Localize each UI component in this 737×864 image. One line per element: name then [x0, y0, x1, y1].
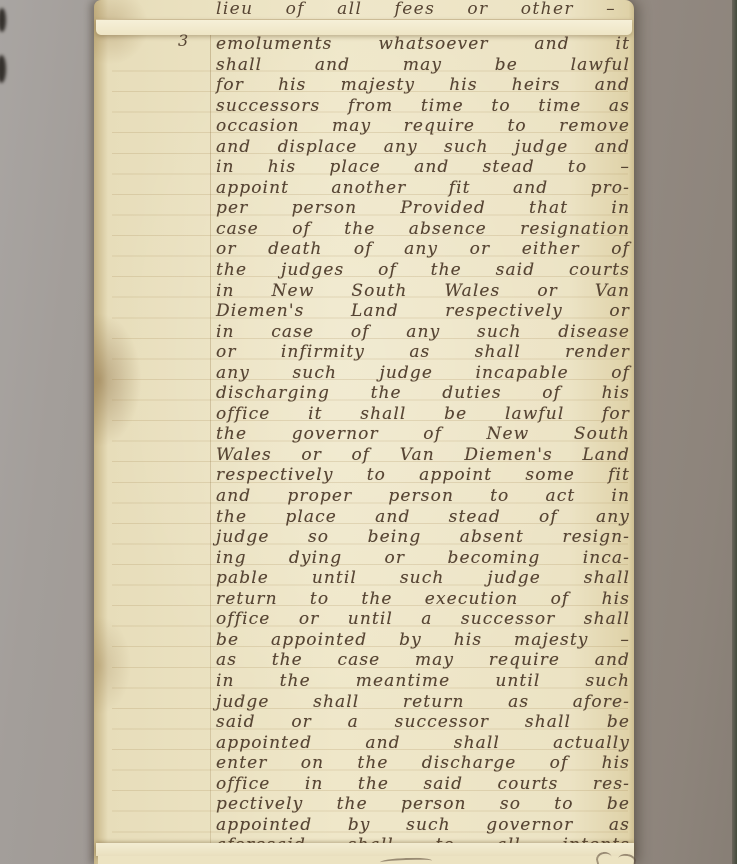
- manuscript-line: judge shall return as afore-: [216, 692, 630, 713]
- manuscript-line: Diemen's Land respectively or: [216, 301, 630, 322]
- fold-crease-bottom: [96, 843, 634, 856]
- manuscript-line: office or until a successor shall: [216, 609, 630, 630]
- manuscript-line: appointed by such governor as: [216, 815, 630, 836]
- next-fold-strip: [98, 856, 634, 864]
- manuscript-line: in New South Wales or Van: [216, 281, 630, 302]
- manuscript-body: emoluments whatsoever and it shall and m…: [216, 34, 630, 856]
- manuscript-line: per person Provided that in: [216, 198, 630, 219]
- manuscript-line: return to the execution of his: [216, 589, 630, 610]
- manuscript-line: pable until such judge shall: [216, 568, 630, 589]
- manuscript-line: office it shall be lawful for: [216, 404, 630, 425]
- margin-crease-line: [210, 20, 211, 864]
- manuscript-line: as the case may require and: [216, 650, 630, 671]
- manuscript-line: discharging the duties of his: [216, 383, 630, 404]
- manuscript-line: shall and may be lawful: [216, 55, 630, 76]
- photo-edge-blemish: [0, 8, 6, 32]
- manuscript-line: said or a successor shall be: [216, 712, 630, 733]
- photo-edge-strip: [732, 0, 737, 864]
- manuscript-line: for his majesty his heirs and: [216, 75, 630, 96]
- manuscript-line: successors from time to time as: [216, 96, 630, 117]
- manuscript-line: the place and stead of any: [216, 507, 630, 528]
- manuscript-line: be appointed by his majesty –: [216, 630, 630, 651]
- manuscript-line: and proper person to act in: [216, 486, 630, 507]
- manuscript-line: emoluments whatsoever and it: [216, 34, 630, 55]
- manuscript-line: or infirmity as shall render: [216, 342, 630, 363]
- manuscript-line: occasion may require to remove: [216, 116, 630, 137]
- manuscript-line: judge so being absent resign-: [216, 527, 630, 548]
- manuscript-line: the judges of the said courts: [216, 260, 630, 281]
- manuscript-line: appointed and shall actually: [216, 733, 630, 754]
- manuscript-line: any such judge incapable of: [216, 363, 630, 384]
- manuscript-line: in case of any such disease: [216, 322, 630, 343]
- manuscript-photo: lieu of all fees or other – 3 emoluments…: [0, 0, 737, 864]
- manuscript-line: case of the absence resignation: [216, 219, 630, 240]
- fold-crease-top: [96, 19, 632, 35]
- manuscript-line: office in the said courts res-: [216, 774, 630, 795]
- manuscript-line: Wales or of Van Diemen's Land: [216, 445, 630, 466]
- manuscript-line: appoint another fit and pro-: [216, 178, 630, 199]
- manuscript-line: enter on the discharge of his: [216, 753, 630, 774]
- manuscript-line: or death of any or either of: [216, 239, 630, 260]
- photo-edge-blemish: [0, 55, 6, 83]
- manuscript-line: the governor of New South: [216, 424, 630, 445]
- manuscript-line: ing dying or becoming inca-: [216, 548, 630, 569]
- manuscript-line: and displace any such judge and: [216, 137, 630, 158]
- manuscript-line: in the meantime until such: [216, 671, 630, 692]
- manuscript-header-line: lieu of all fees or other –: [216, 0, 616, 20]
- manuscript-line: in his place and stead to –: [216, 157, 630, 178]
- manuscript-line: respectively to appoint some fit: [216, 465, 630, 486]
- margin-section-number: 3: [178, 31, 189, 50]
- manuscript-line: pectively the person so to be: [216, 794, 630, 815]
